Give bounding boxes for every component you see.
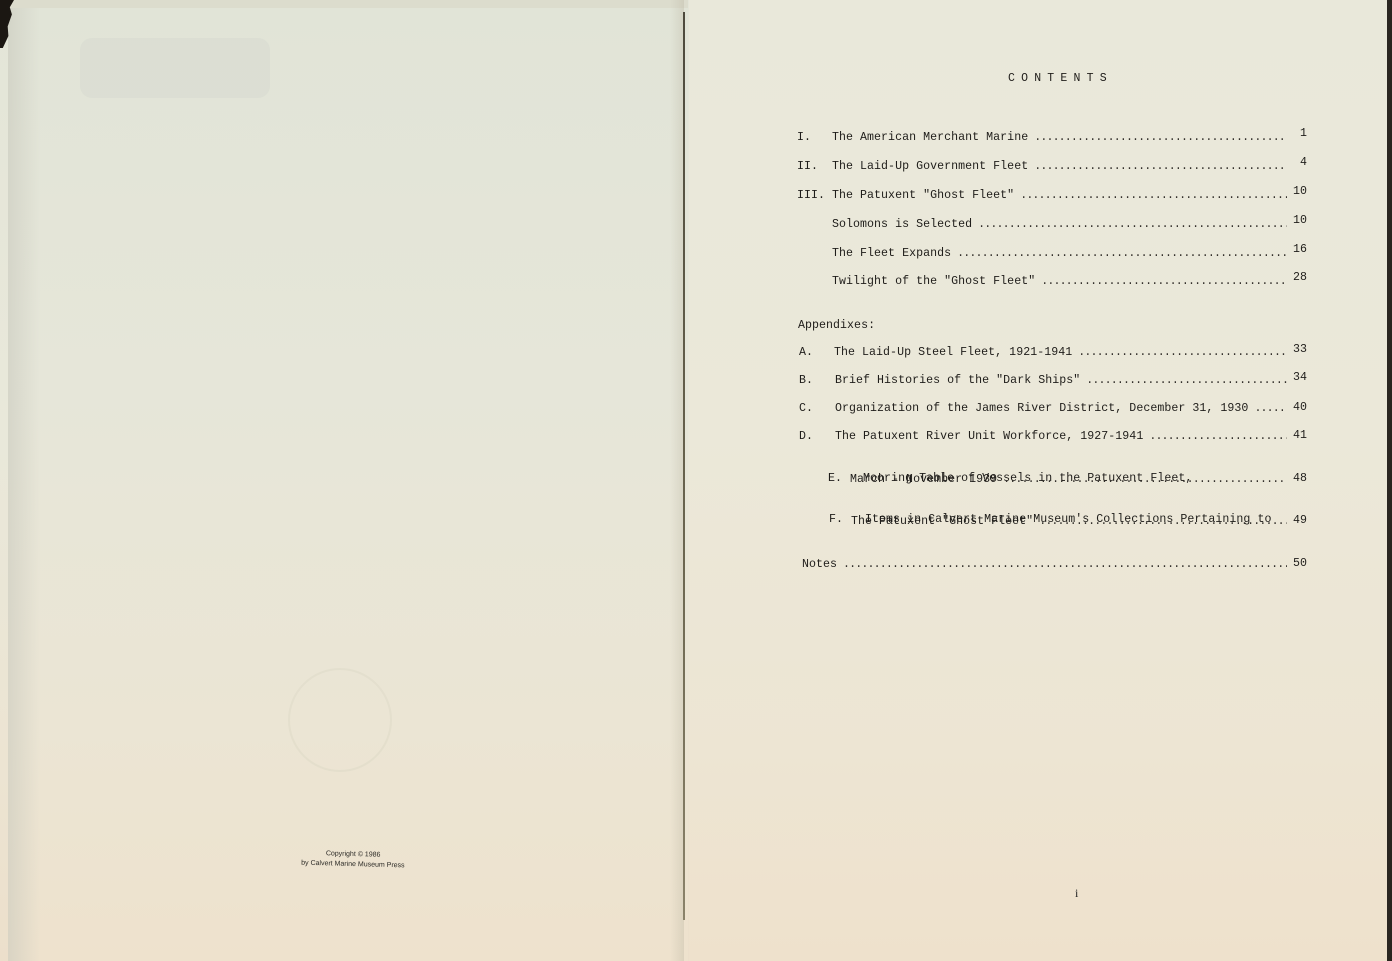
toc-subentry[interactable]: Twilight of the "Ghost Fleet" 28 <box>832 275 1307 289</box>
copyright-notice: Copyright © 1986 by Calvert Marine Museu… <box>290 848 416 871</box>
toc-appendix[interactable]: D. The Patuxent River Unit Workforce, 19… <box>799 430 1307 444</box>
dot-leader <box>978 218 1287 232</box>
page-number: 50 <box>1291 557 1307 571</box>
page-number: 40 <box>1291 401 1307 415</box>
page-number: 10 <box>1291 214 1307 228</box>
appendix-title: Brief Histories of the "Dark Ships" <box>835 374 1080 388</box>
subsection-title: Twilight of the "Ghost Fleet" <box>832 275 1035 289</box>
dot-leader <box>1086 374 1287 388</box>
appendix-title-continuation: The Patuxent "Ghost Fleet" <box>851 515 1033 529</box>
appendix-title: Organization of the James River District… <box>835 402 1248 416</box>
chapter-title: The American Merchant Marine <box>832 131 1028 145</box>
chapter-number: III. <box>797 189 832 203</box>
subsection-title: The Fleet Expands <box>832 247 951 261</box>
dot-leader <box>1041 275 1287 289</box>
dot-leader <box>1039 515 1287 529</box>
toc-entry[interactable]: I. The American Merchant Marine 1 <box>797 131 1307 145</box>
toc-subentry[interactable]: Solomons is Selected 10 <box>832 218 1307 232</box>
bleed-through-mark <box>80 38 270 98</box>
appendix-title: The Laid-Up Steel Fleet, 1921-1941 <box>834 346 1072 360</box>
page-number: 28 <box>1291 271 1307 285</box>
contents-heading: CONTENTS <box>1008 72 1113 85</box>
appendix-title: The Patuxent River Unit Workforce, 1927-… <box>835 430 1143 444</box>
bleed-through-seal <box>288 668 392 772</box>
toc-appendix[interactable]: C. Organization of the James River Distr… <box>799 402 1307 416</box>
page-number: 16 <box>1291 243 1307 257</box>
toc-appendix[interactable]: A. The Laid-Up Steel Fleet, 1921-1941 33 <box>799 346 1307 360</box>
page-number: 33 <box>1291 343 1307 357</box>
spine-shadow <box>670 0 684 961</box>
dot-leader <box>843 558 1287 572</box>
page-folio: i <box>1075 886 1078 901</box>
dot-leader <box>1254 402 1287 416</box>
page-number: 4 <box>1291 156 1307 170</box>
appendix-letter: A. <box>799 346 834 360</box>
dot-leader <box>957 247 1287 261</box>
book-spread: Copyright © 1986 by Calvert Marine Museu… <box>0 0 1392 961</box>
chapter-title: The Laid-Up Government Fleet <box>832 160 1028 174</box>
dot-leader <box>1078 346 1287 360</box>
appendix-title-continuation: March - November 1939 <box>850 473 997 487</box>
toc-entry[interactable]: II. The Laid-Up Government Fleet 4 <box>797 160 1307 174</box>
page-number: 10 <box>1291 185 1307 199</box>
page-number: 41 <box>1291 429 1307 443</box>
appendixes-heading: Appendixes: <box>798 319 875 332</box>
left-page <box>8 8 688 961</box>
appendix-letter: B. <box>799 374 835 388</box>
toc-appendix-continuation[interactable]: The Patuxent "Ghost Fleet" 49 <box>851 515 1307 529</box>
book-spine <box>683 12 685 920</box>
page-number: 34 <box>1291 371 1307 385</box>
chapter-title: The Patuxent "Ghost Fleet" <box>832 189 1014 203</box>
dot-leader <box>1020 189 1287 203</box>
page-number: 48 <box>1291 472 1307 486</box>
page-number: 1 <box>1291 127 1307 141</box>
toc-notes[interactable]: Notes 50 <box>802 558 1307 572</box>
chapter-number: II. <box>797 160 832 174</box>
toc-subentry[interactable]: The Fleet Expands 16 <box>832 247 1307 261</box>
chapter-number: I. <box>797 131 832 145</box>
notes-title: Notes <box>802 558 837 572</box>
toc-entry[interactable]: III. The Patuxent "Ghost Fleet" 10 <box>797 189 1307 203</box>
appendix-letter: D. <box>799 430 835 444</box>
dot-leader <box>1034 160 1287 174</box>
dot-leader <box>1149 430 1287 444</box>
appendix-letter: C. <box>799 402 835 416</box>
dot-leader <box>1003 473 1287 487</box>
toc-appendix-continuation[interactable]: March - November 1939 48 <box>850 473 1307 487</box>
page-number: 49 <box>1291 514 1307 528</box>
background-right-edge <box>1387 0 1392 961</box>
subsection-title: Solomons is Selected <box>832 218 972 232</box>
toc-appendix[interactable]: B. Brief Histories of the "Dark Ships" 3… <box>799 374 1307 388</box>
dot-leader <box>1034 131 1287 145</box>
